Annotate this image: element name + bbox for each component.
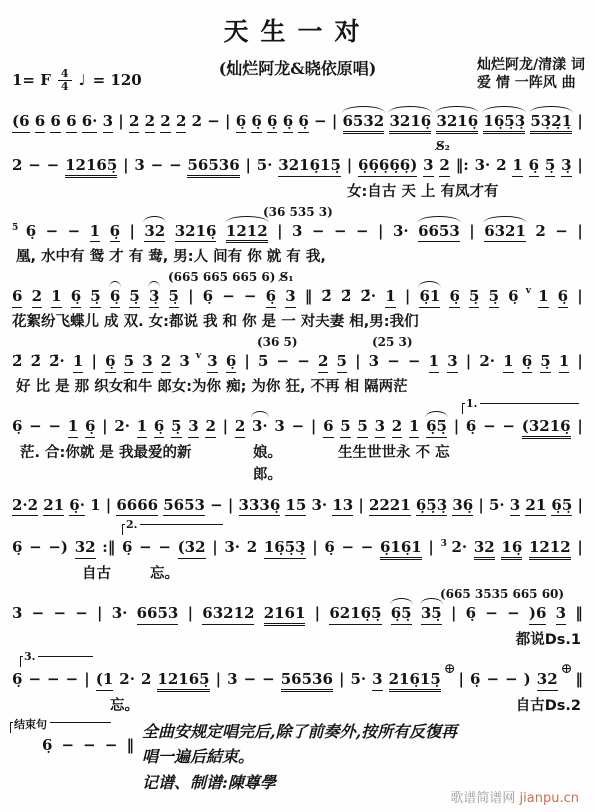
note-token: | (312, 538, 317, 557)
note-token: 32 (75, 538, 96, 559)
note-token: 5̣ (489, 287, 499, 308)
note-token: 6̣16̣1 (380, 538, 422, 560)
sheet-music-page: 天生一对 1= F 44 ♩ = 120 (灿烂阿龙&晓依原唱) 灿烂阿龙/清漾… (0, 0, 595, 812)
note-token: 2 (141, 670, 151, 689)
lyrics: 花絮纷飞蝶儿 成 双. 女:都说 我 和 你 是 一 对夫妻 相,男:我们 (12, 310, 419, 331)
note-token: | (106, 496, 111, 515)
note-token: 2̄ (12, 352, 22, 371)
note-token: 3 (179, 352, 189, 371)
note-token: 6 (35, 112, 45, 133)
note-token: 3336̣ (239, 496, 281, 517)
note-token: − (262, 670, 275, 689)
note-token: 3 (285, 287, 295, 308)
note-token: 2̄· (361, 287, 377, 306)
note-token: − (48, 417, 61, 436)
note-token: 2161 (264, 604, 306, 626)
note-token: 5̣ (540, 352, 550, 373)
lyrics-line: 忘。自古Ds.2 (10, 694, 585, 714)
lyrics-line: 自古忘。 (10, 562, 585, 582)
credits-block: 灿烂阿龙/清漾 词 爱 情 一阵风 曲 (477, 56, 585, 92)
note-token: 21 (525, 496, 546, 517)
note-token: 6̣ (470, 670, 480, 689)
note-token: 6̣ (508, 287, 518, 306)
note-token: 12165̣ (65, 156, 117, 178)
note-token: | (428, 538, 433, 557)
note-token: 3 (207, 352, 217, 373)
note-token: − (387, 352, 400, 371)
note-token: 6̣ (558, 287, 568, 308)
note-token: 6666 (116, 496, 158, 517)
note-token: | (102, 417, 107, 436)
note-token: 2 (161, 352, 171, 373)
note-token: 5̣ (469, 287, 479, 308)
note-token: ‖: (456, 156, 469, 175)
ending-bracket: 1. (462, 403, 579, 414)
note-token: 6321 (484, 222, 526, 243)
notation-line: 6̣−−−|(12·212165̣|3−−56536|5·3216̣15̣⊕|6… (10, 670, 585, 692)
note-token: 13 (332, 496, 353, 517)
note-token: 1 (503, 352, 513, 373)
tempo-value: = 120 (93, 71, 142, 89)
note-token: 2 (439, 156, 449, 177)
note-token: 1 (559, 352, 569, 373)
note-token: 6̣ (283, 112, 293, 133)
note-token: 63212 (202, 604, 254, 625)
music-system: (665 665 665 6) S̸₁6216̣5̣6̣5̣3̣5̣|6̣−−6… (10, 270, 585, 330)
note-token: 3216̣ (436, 112, 478, 134)
lyrics-line: 好 比 是 那 织女和牛 郎女:为你 痴; 为你 狂, 不再 相 隔两茫 (10, 375, 585, 395)
note-token: 6̣ (203, 287, 213, 306)
note-token: 3· (252, 417, 268, 436)
note-token: − (292, 417, 305, 436)
note-token: ‖ (305, 287, 313, 306)
note-token: 6̣ (267, 112, 277, 133)
note-token: 3216̣15̣ (278, 156, 341, 177)
note-token: | (123, 156, 128, 175)
note-token: 3̣ (561, 156, 571, 177)
note-token: | (358, 496, 363, 515)
note-token: 6 (323, 417, 333, 438)
note-token: − (62, 736, 75, 755)
note-token: 6· (82, 112, 98, 133)
note-token: 1 (409, 417, 419, 438)
note-token: | (129, 222, 134, 241)
note-token: 3 (372, 670, 382, 691)
note-token: 2̄ (31, 352, 41, 371)
note-token: − (28, 156, 41, 175)
note-token: − (46, 222, 59, 241)
note-token: (1 (96, 670, 114, 691)
note-token: | (378, 222, 383, 241)
note-token: | (478, 496, 483, 515)
note-token: 2 (235, 417, 245, 438)
note-token: 12165̣ (157, 670, 209, 692)
note-token: 6̣ (522, 352, 532, 373)
note-token: 2221 (369, 496, 411, 517)
lyrics-line: 茫. 合:你就 是 我最爱的新娘。生生世世永 不 忘 (10, 441, 585, 461)
lyrics-line: 都说Ds.1 (10, 628, 585, 648)
note-token: 2 (535, 222, 545, 241)
note-token: 3 (447, 352, 457, 373)
note-token: 1 (385, 287, 395, 308)
note-token: − (29, 538, 42, 557)
note-token: 35̣ (421, 604, 442, 625)
note-token: 5 (124, 352, 134, 373)
lyrics: 生生世世永 不 忘 (338, 441, 450, 462)
note-token: − (244, 287, 257, 306)
note-token: 2 (247, 538, 257, 557)
music-system: 3.6̣−−−|(12·212165̣|3−−56536|5·3216̣15̣⊕… (10, 653, 585, 714)
lyrics: 女:自古 天 上 有凤才有 (347, 180, 498, 201)
note-token: | (188, 287, 193, 306)
note-token: − (47, 670, 60, 689)
note-token: 3 (274, 417, 284, 436)
note-token: 3· (112, 604, 128, 623)
note-token: 3 (375, 417, 385, 438)
note-token: − (105, 736, 118, 755)
notation-line: 6216̣5̣6̣5̣3̣5̣|6̣−−6̣3‖2̄2̄2̄·1|6̣16̣5̣… (10, 287, 585, 308)
note-token: | (339, 670, 344, 689)
note-token: | (311, 417, 316, 436)
note-token: 3 (510, 496, 520, 517)
note-token: − (83, 736, 96, 755)
note-token: 2 (129, 112, 139, 133)
note-token: − (555, 222, 568, 241)
note-token: − (169, 156, 182, 175)
note-token: 6̣ (12, 417, 22, 436)
note-token: 6̣ (226, 352, 236, 373)
note-token: 6̣· (69, 496, 85, 517)
note-token: − (334, 222, 347, 241)
note-token: 56536 (281, 670, 333, 692)
note-token: 2· (114, 417, 130, 436)
lyrics: 娘。 (253, 441, 282, 462)
note-token: 2̄ (341, 287, 351, 306)
music-system: (665 3535 665 60)3−−−|3·6653|632122161|6… (10, 587, 585, 648)
instruction-text: 全曲安规定唱完后,除了前奏外,按所有反復再 (142, 719, 585, 745)
note-token: | (577, 112, 582, 131)
ending-bracket: 2. (122, 524, 223, 535)
note-token: 1 (90, 222, 100, 243)
note-token: )6 (529, 604, 547, 625)
note-token: 6̣ (466, 417, 476, 436)
ending-section: 结束句 6̣−−−‖ 全曲安规定唱完后,除了前奏外,按所有反復再 唱一遍后結束。… (10, 719, 585, 796)
note-token: 3· (224, 538, 240, 557)
note-token: 1 (429, 352, 439, 373)
note-token: | (454, 417, 459, 436)
note-token: | (347, 156, 352, 175)
note-token: 6̣ (266, 287, 276, 308)
note-token: 6̣ (110, 287, 120, 308)
note-token: 2 (318, 352, 328, 373)
note-token: 3̣ (149, 287, 159, 308)
note-token: (6 (12, 112, 30, 133)
note-token: 6̣ (529, 156, 539, 177)
note-token: 3 (556, 604, 566, 625)
note-token: 1 (68, 417, 78, 438)
lyrics: 郎。 (253, 463, 282, 484)
note-token: 2 (392, 417, 402, 438)
note-token: 53̣2̣1̣ (530, 112, 572, 134)
note-token: 1 (90, 496, 100, 515)
instruction-text: 唱一遍后結束。 (142, 744, 585, 770)
note-token: 6̣ (324, 538, 334, 557)
note-token: 5 (337, 352, 347, 373)
note-token: | (466, 352, 471, 371)
note-token: 21 (43, 496, 64, 517)
note-token: | (188, 604, 193, 623)
note-token: 3 (188, 417, 198, 438)
note-token: − (356, 222, 369, 241)
note-token: 6532 (343, 112, 385, 134)
watermark: 歌谱简谱网 jianpu.cn (450, 787, 579, 806)
note-token: − (505, 670, 518, 689)
note-token: 6̣ (466, 604, 476, 623)
note-token: − (53, 604, 66, 623)
note-token: | (405, 287, 410, 306)
note-token: | (577, 496, 582, 515)
note-token: 3 (103, 112, 113, 133)
note-token: −) (48, 538, 68, 557)
note-token: 216̣15̣ (389, 670, 441, 692)
note-token: − (312, 222, 325, 241)
note-token: 1 (73, 352, 83, 373)
note-token: 6653 (137, 604, 179, 625)
note-token: 36̣ (452, 496, 473, 517)
note-token: − (139, 538, 152, 557)
lyrics: 好 比 是 那 织女和牛 郎女:为你 痴; 为你 狂, 不再 相 隔两茫 (16, 375, 408, 396)
header-meta: 1= F 44 ♩ = 120 (灿烂阿龙&晓依原唱) 灿烂阿龙/清漾 词 爱 … (10, 56, 585, 104)
note-token: | (315, 604, 320, 623)
note-token: ‖ (575, 670, 583, 689)
note-token: | (459, 670, 464, 689)
note-token: 5̣ (171, 417, 181, 438)
note-token: − (158, 538, 171, 557)
note-token: (32 (178, 538, 206, 559)
note-token: 5· (257, 156, 273, 175)
note-token: ‖ (575, 604, 583, 623)
ending-phrase: 结束句 6̣−−−‖ (10, 719, 138, 796)
inline-annotation: (665 665 665 6) S̸₁ (168, 270, 293, 284)
note-token: 5 (357, 417, 367, 438)
ending-bracket: 3. (20, 656, 93, 667)
note-token: 5̣ (545, 156, 555, 177)
lyrics-line: 花絮纷飞蝶儿 成 双. 女:都说 我 和 你 是 一 对夫妻 相,男:我们 (10, 310, 585, 330)
note-token: − (151, 156, 164, 175)
music-system: 1.6̣−−16̣|2·16̣5̣32|23·3−|6553216̣5̣|6̣−… (10, 400, 585, 483)
inline-annotation: S̸₂ (436, 139, 450, 153)
note-token: − (483, 417, 496, 436)
note-token: 2 (176, 112, 186, 133)
note-token: − (32, 604, 45, 623)
note-token: − (502, 417, 515, 436)
note-token: 5̣ (129, 287, 139, 308)
note-token: ‖ (126, 736, 134, 755)
music-system: (36 535 3)56̣−−16̣|323216̣1212|3−−−|3·66… (10, 205, 585, 266)
note-token: 3 (423, 156, 433, 177)
note-token: 2· (452, 538, 468, 557)
note-token: 1 (137, 417, 147, 438)
note-token: − (361, 538, 374, 557)
note-token: 15 (285, 496, 306, 517)
note-token: | (577, 538, 582, 557)
watermark-site-name: 歌谱简谱网 (450, 791, 515, 806)
note-token: 5· (489, 496, 505, 515)
music-system: S̸₂2−−12165̣|3−−56536|5·3216̣15̣|6̣6̣6̣6… (10, 139, 585, 200)
grace-note: 5 (12, 223, 18, 234)
note-token: | (91, 352, 96, 371)
music-system: 2·2216̣·1|66665653−|3336̣153·13|22216̣5̣… (10, 488, 585, 517)
note-token: | (277, 222, 282, 241)
note-token: | (355, 352, 360, 371)
inline-annotation: (36 535 3) (263, 205, 333, 219)
note-token: 1 (512, 156, 522, 177)
note-token: 6̣ (12, 538, 22, 557)
note-token: 5 (258, 352, 268, 371)
coda-icon: ⊕ (444, 661, 456, 679)
note-token: (3216̣ (522, 417, 571, 439)
coda-icon: ⊕ (561, 661, 573, 679)
note-token: 2 (32, 287, 42, 308)
note-token: 2· (479, 352, 495, 371)
note-token: 3216̣ (175, 222, 217, 243)
note-token: 2̄· (49, 352, 65, 371)
note-token: 2 (145, 112, 155, 133)
note-token: − (222, 287, 235, 306)
note-token: − (314, 112, 327, 131)
inline-annotation: (36 5) (257, 335, 298, 349)
note-token: − (507, 604, 520, 623)
note-token: 3· (311, 496, 327, 515)
note-token: 6̣ (110, 222, 120, 243)
lyrics: 忘。 (150, 562, 179, 583)
note-token: − (68, 222, 81, 241)
note-token: | (228, 496, 233, 515)
notation-line: 3−−−|3·6653|632122161|6216̣5̣6̣5̣35̣|6̣−… (10, 604, 585, 626)
notation-line: 2̄2̄2̄·1|6̣5323v36̣|5−−25|3−−13|2·16̣5̣1… (10, 352, 585, 373)
note-token: 6̣5̣ (391, 604, 412, 625)
note-token: − (47, 156, 60, 175)
key-prefix: 1= F (12, 71, 51, 89)
lyrics: 茫. 合:你就 是 我最爱的新 (20, 441, 191, 462)
note-token: 6̣1 (419, 287, 440, 308)
note-token: 5̣ (90, 287, 100, 308)
note-token: 6̣6̣6̣6̣6̣) (358, 156, 417, 177)
note-token: 6̣ (449, 287, 459, 308)
note-token: − (277, 352, 290, 371)
note-token: 5 (340, 417, 350, 438)
note-token: 2· (119, 670, 135, 689)
note-token: | (84, 670, 89, 689)
watermark-domain: jianpu.cn (520, 791, 579, 806)
notation-line: 56̣−−16̣|323216̣1212|3−−−|3·6653|63212−| (10, 222, 585, 244)
note-token: 16̣ (501, 538, 522, 560)
note-token: 6̣ (236, 112, 246, 133)
note-token: 32 (144, 222, 165, 243)
note-token: | (577, 352, 582, 371)
note-token: | (223, 417, 228, 436)
note-token: 3 (142, 352, 152, 373)
note-token: | (97, 604, 102, 623)
note-token: 3 (292, 222, 302, 241)
note-token: 3· (393, 222, 409, 241)
note-token: 3· (475, 156, 491, 175)
note-token: 5̣ (169, 287, 179, 308)
note-token: − (297, 352, 310, 371)
note-token: 6̣ (12, 670, 22, 689)
note-token: 2 (160, 112, 170, 133)
grace-note: 3 (441, 539, 447, 550)
ending-bracket: 结束句 (10, 722, 111, 733)
note-token: | (332, 112, 337, 131)
song-title: 天生一对 (10, 12, 585, 48)
time-signature: 44 (58, 68, 72, 92)
note-token: 2 (205, 417, 215, 438)
lyrics: 自古 (82, 562, 111, 583)
note-token: | (216, 670, 221, 689)
note-token: 6̣ (71, 287, 81, 308)
note-token: − (210, 496, 223, 515)
note-token: 6̣5̣ (426, 417, 447, 438)
lyrics-line: 郎。 (10, 463, 585, 483)
note-token: − (28, 670, 41, 689)
lyricist-credit: 灿烂阿龙/清漾 词 (477, 56, 585, 74)
note-token: 6̣ (154, 417, 164, 438)
note-token: | (577, 222, 582, 241)
note-token: − (75, 604, 88, 623)
note-token: | (118, 112, 123, 131)
inline-annotation: (25 3) (372, 335, 413, 349)
note-token: 6̣5̣ (551, 496, 572, 517)
note-token: | (245, 156, 250, 175)
note-token: − (485, 604, 498, 623)
note-token: 6 (66, 112, 76, 133)
note-token: 6̣ (298, 112, 308, 133)
composer-credit: 爱 情 一阵风 曲 (477, 74, 585, 92)
lyrics: 都说Ds.1 (516, 628, 581, 649)
note-token: − (244, 670, 257, 689)
inline-annotation: (665 3535 665 60) (440, 587, 564, 601)
note-token: 6 (12, 287, 22, 308)
note-token: 6̣5̣3̣ (416, 496, 447, 517)
lyrics-line: 凰, 水中有 鸳 才 有 鸯, 男:人 间有 你 就 有 我, (10, 245, 585, 265)
score-body: (66666·3|22222−|6̣6̣6̣6̣6̣−|65323216̣321… (10, 104, 585, 714)
note-token: 6̣ (42, 736, 52, 755)
note-token: 5· (350, 670, 366, 689)
note-token: 6̣ (105, 352, 115, 373)
note-token: − (66, 670, 79, 689)
note-token: 6216̣5̣ (329, 604, 381, 625)
lyrics: 自古Ds.2 (516, 694, 581, 715)
notation-line: (66666·3|22222−|6̣6̣6̣6̣6̣−|65323216̣321… (10, 112, 585, 134)
notation-line: 6̣−−−‖ (40, 736, 136, 755)
note-token: 6̣ (251, 112, 261, 133)
note-token: 6̣ (26, 222, 36, 241)
key-signature: 1= F 44 ♩ = 120 (12, 68, 142, 92)
note-token: | (225, 112, 230, 131)
note-token: | (577, 287, 582, 306)
note-token: 2 (192, 112, 202, 131)
note-token: | (451, 604, 456, 623)
notation-line: 6̣−−)32:‖6̣−−(32|3·216̣5̣3̣|6̣−−6̣16̣1|3… (10, 538, 585, 560)
note-token: 2 (12, 156, 22, 175)
music-system: 2.6̣−−)32:‖6̣−−(32|3·216̣5̣3̣|6̣−−6̣16̣1… (10, 521, 585, 582)
note-token: 2 (496, 156, 506, 175)
note-token: 3 (134, 156, 144, 175)
note-token: 1 (51, 287, 61, 308)
note-token: 16̣5̣3̣ (483, 112, 525, 134)
note-token: 6̣ (85, 417, 95, 438)
